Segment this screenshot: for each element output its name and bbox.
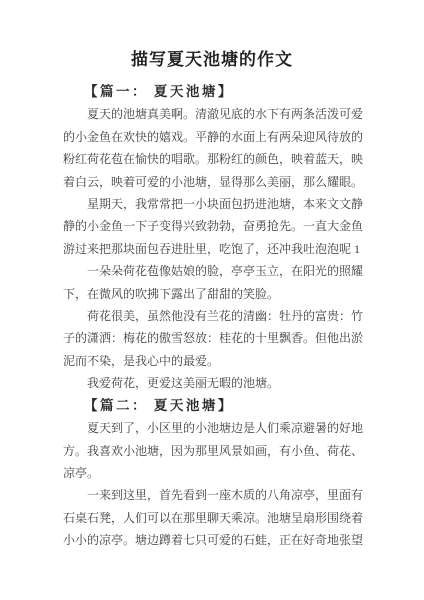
section-1-paragraph-3: 一朵朵荷花苞像姑娘的脸，亭亭玉立，在阳光的照耀下，在微风的吹拂下露出了甜甜的笑脸… (63, 260, 363, 305)
section-2-paragraph-1: 夏天到了，小区里的小池塘边是人们乘凉避暑的好地方。我喜欢小池塘，因为那里风景如画… (63, 417, 363, 484)
section-1-paragraph-2: 星期天，我常常把一小块面包扔进池塘，本来文文静静的小金鱼一下子变得兴致勃勃，奋勇… (63, 193, 363, 260)
section-2-paragraph-2: 一来到这里，首先看到一座木质的八角凉亭，里面有石桌石凳，人们可以在那里聊天乘凉。… (63, 484, 363, 551)
section-1-paragraph-1: 夏天的池塘真美啊。清澈见底的水下有两条活泼可爱的小金鱼在欢快的嬉戏。平静的水面上… (63, 103, 363, 193)
page-title: 描写夏天池塘的作文 (0, 48, 424, 72)
section-1-paragraph-4: 荷花很美，虽然他没有兰花的清幽：牡丹的富贵：竹子的潇洒：梅花的傲雪怒放：桂花的十… (63, 305, 363, 372)
section-1-paragraph-5: 我爱荷花，更爱这美丽无暇的池塘。 (63, 372, 363, 394)
essay-content: 【篇一： 夏天池塘】 夏天的池塘真美啊。清澈见底的水下有两条活泼可爱的小金鱼在欢… (63, 81, 363, 552)
document-page: 描写夏天池塘的作文 【篇一： 夏天池塘】 夏天的池塘真美啊。清澈见底的水下有两条… (0, 0, 424, 600)
section-2-heading: 【篇二： 夏天池塘】 (63, 395, 363, 417)
section-1-heading: 【篇一： 夏天池塘】 (63, 81, 363, 103)
